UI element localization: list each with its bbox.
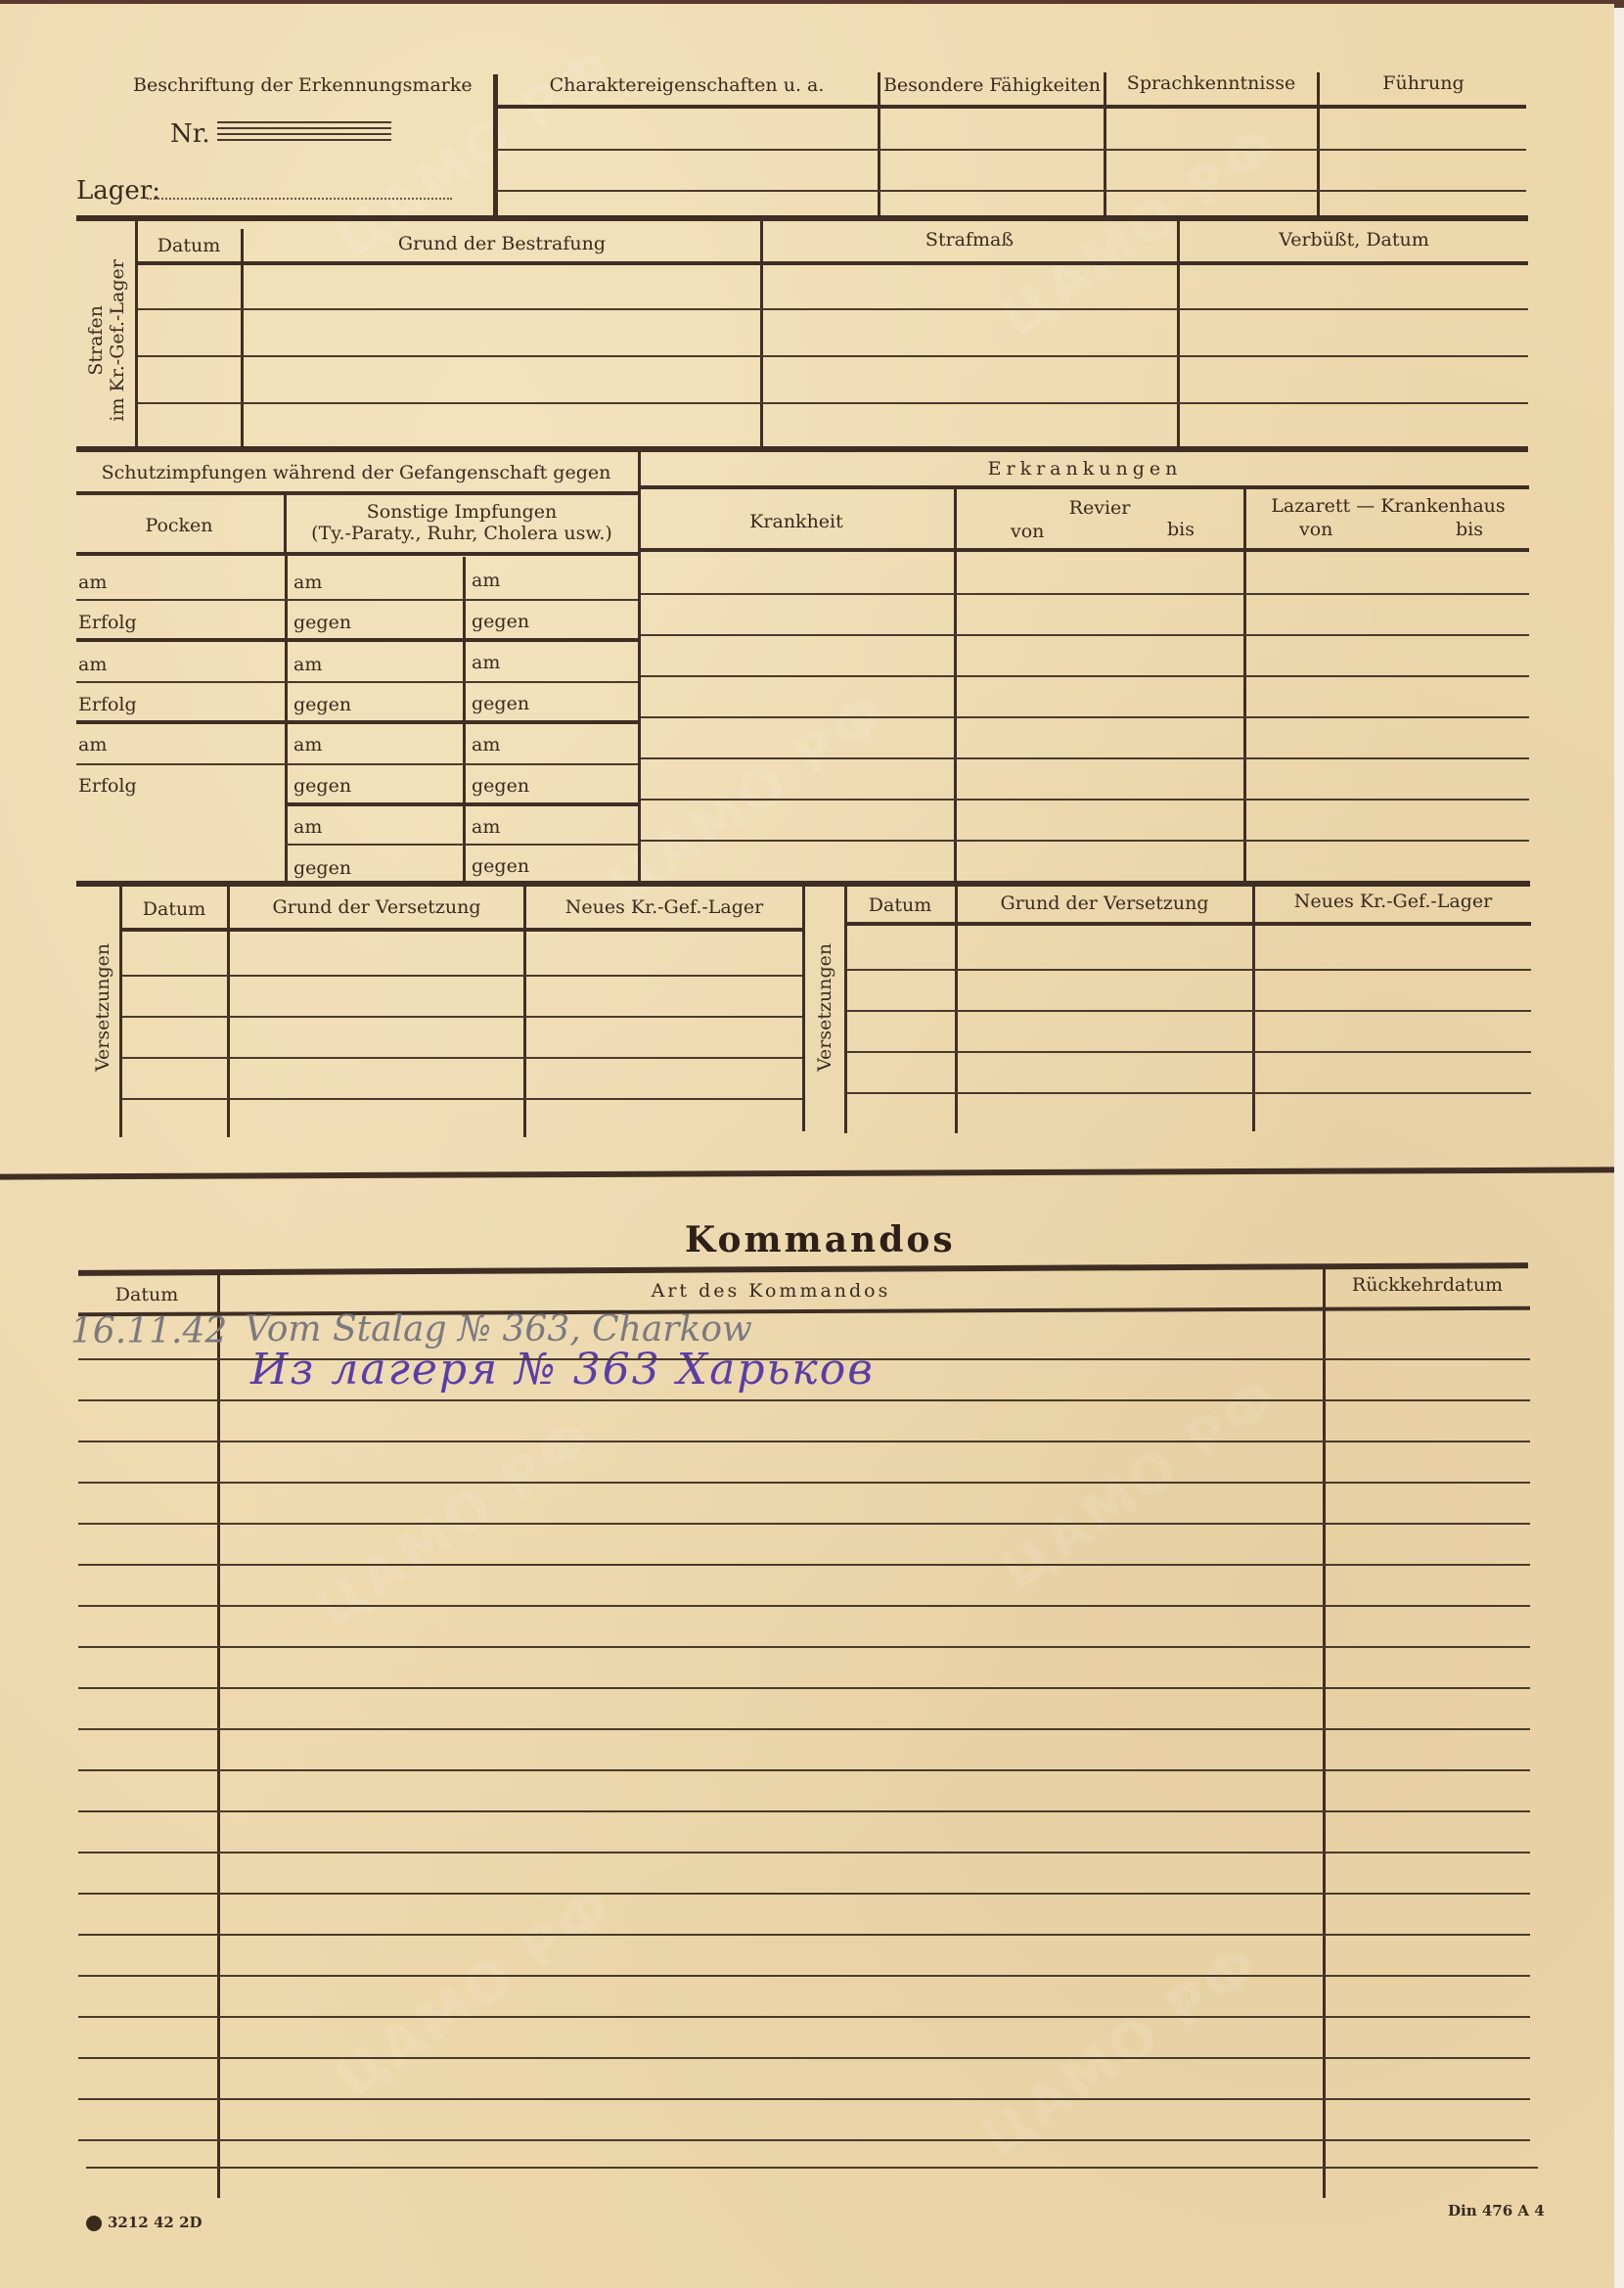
col-sonstige: Sonstige Impfungen xyxy=(288,503,636,522)
col-datum: Datum xyxy=(78,1286,215,1304)
rule xyxy=(78,2016,1530,2018)
pocken-am: am xyxy=(78,656,107,674)
rule xyxy=(496,105,1526,109)
col-sonstige-sub: (Ty.-Paraty., Ruhr, Cholera usw.) xyxy=(288,525,636,543)
rule xyxy=(846,969,1531,971)
rule xyxy=(138,261,1528,265)
sonstige-gegen: gegen xyxy=(293,859,351,878)
rule xyxy=(121,1098,802,1100)
rule xyxy=(78,1769,1530,1771)
versetzungen-side-label-left: Versetzungen xyxy=(93,954,114,1072)
rule xyxy=(641,593,1529,595)
lazarett-von: von xyxy=(1299,521,1332,539)
rule xyxy=(76,491,638,495)
divider xyxy=(493,74,498,217)
sonstige-am: am xyxy=(472,736,500,755)
document-page: ЦАМО РФ ЦАМО РФ ЦАМО РФ ЦАМО РФ ЦАМО РФ … xyxy=(0,4,1614,2288)
rule xyxy=(76,763,638,765)
rule xyxy=(641,634,1529,636)
rule xyxy=(78,2098,1530,2100)
sonstige-am: am xyxy=(293,818,322,837)
rule xyxy=(76,446,1528,452)
sonstige-am: am xyxy=(472,572,500,590)
rule xyxy=(846,1051,1531,1053)
rule xyxy=(121,975,802,977)
sonstige-gegen: gegen xyxy=(293,696,351,714)
din-format: Din 476 A 4 xyxy=(1448,2204,1545,2219)
rule xyxy=(76,720,638,724)
rule xyxy=(86,2167,1538,2169)
rule xyxy=(641,840,1529,842)
rule xyxy=(121,1057,802,1059)
pocken-am: am xyxy=(78,736,107,755)
rule xyxy=(78,1523,1530,1525)
pocken-erfolg: Erfolg xyxy=(78,696,137,714)
rule xyxy=(846,922,1531,926)
rule xyxy=(78,1934,1530,1936)
col-datum: Datum xyxy=(138,237,240,255)
lager-field[interactable] xyxy=(147,198,452,200)
pocken-erfolg: Erfolg xyxy=(78,777,137,796)
rule xyxy=(78,1482,1530,1484)
divider xyxy=(284,493,287,554)
col-datum: Datum xyxy=(123,900,225,919)
sonstige-gegen: gegen xyxy=(472,695,529,713)
watermark: ЦАМО РФ xyxy=(970,1933,1272,2170)
col-rueckkehrdatum: Rückkehrdatum xyxy=(1327,1276,1528,1295)
watermark: ЦАМО РФ xyxy=(325,1874,626,2111)
col-neues-lager: Neues Kr.-Gef.-Lager xyxy=(1256,892,1530,911)
revier-von: von xyxy=(1011,523,1044,541)
divider xyxy=(760,221,763,448)
rule xyxy=(285,802,638,806)
rule xyxy=(78,1975,1530,1977)
sonstige-gegen: gegen xyxy=(293,777,351,796)
rule xyxy=(78,1852,1530,1853)
divider xyxy=(1104,72,1106,217)
divider xyxy=(1317,72,1320,217)
rule xyxy=(76,638,638,642)
sonstige-am: am xyxy=(293,656,322,674)
rule xyxy=(138,308,1528,310)
rule xyxy=(138,402,1528,404)
fold-rule xyxy=(0,1167,1614,1179)
col-charaktereigenschaften: Charaktereigenschaften u. a. xyxy=(497,76,877,95)
rule xyxy=(78,1646,1530,1648)
revier-bis: bis xyxy=(1167,521,1195,539)
rule xyxy=(846,1010,1531,1012)
divider xyxy=(217,1274,220,2198)
erkennungsmarke-label: Beschriftung der Erkennungsmarke xyxy=(133,76,473,95)
divider xyxy=(1177,221,1180,448)
col-besondere-faehigkeiten: Besondere Fähigkeiten xyxy=(880,76,1104,95)
rule xyxy=(641,757,1529,759)
rule xyxy=(641,675,1529,677)
sonstige-gegen: gegen xyxy=(472,777,529,796)
sonstige-am: am xyxy=(293,736,322,755)
rule xyxy=(641,485,1529,489)
sonstige-gegen: gegen xyxy=(293,614,351,632)
rule xyxy=(846,1092,1531,1094)
rule xyxy=(78,1441,1530,1442)
sonstige-gegen: gegen xyxy=(472,857,529,876)
col-grund-der-bestrafung: Grund der Bestrafung xyxy=(245,235,759,253)
rule xyxy=(76,552,638,556)
col-neues-lager: Neues Kr.-Gef.-Lager xyxy=(528,898,800,917)
rule xyxy=(76,599,638,601)
rule xyxy=(138,355,1528,357)
pocken-am: am xyxy=(78,573,107,592)
divider xyxy=(1243,487,1246,883)
entry-art-pencil: Vom Stalag № 363, Charkow xyxy=(245,1309,752,1350)
rule xyxy=(78,1262,1528,1276)
rule xyxy=(78,1399,1530,1401)
col-sprachkenntnisse: Sprachkenntnisse xyxy=(1106,74,1316,93)
rule xyxy=(496,149,1526,151)
erkrankungen-title: Erkrankungen xyxy=(641,460,1529,479)
sonstige-am: am xyxy=(293,573,322,592)
rule xyxy=(641,548,1529,552)
rule xyxy=(78,1893,1530,1895)
divider xyxy=(802,887,805,1131)
print-code: 3212 42 2D xyxy=(86,2216,203,2231)
col-strafmass: Strafmaß xyxy=(763,231,1176,250)
divider xyxy=(954,487,957,883)
sonstige-am: am xyxy=(472,818,500,837)
col-datum: Datum xyxy=(847,896,953,915)
rule xyxy=(121,1016,802,1018)
rule xyxy=(78,1564,1530,1566)
nr-label: Nr. xyxy=(170,121,210,147)
col-revier: Revier xyxy=(957,499,1242,518)
col-art-des-kommandos: Art des Kommandos xyxy=(221,1282,1321,1301)
lager-label: Lager: xyxy=(76,178,160,204)
rule xyxy=(76,681,638,683)
strafen-side-label: Strafen im Kr.-Gef.-Lager xyxy=(86,252,129,429)
rule xyxy=(496,190,1526,192)
lazarett-bis: bis xyxy=(1456,521,1483,539)
col-krankheit: Krankheit xyxy=(641,513,952,531)
rule xyxy=(78,1687,1530,1689)
col-verbuesst-datum: Verbüßt, Datum xyxy=(1180,231,1528,250)
divider xyxy=(285,554,288,883)
rule xyxy=(641,716,1529,718)
col-grund-der-versetzung: Grund der Versetzung xyxy=(231,898,522,917)
versetzungen-side-label-right: Versetzungen xyxy=(815,954,836,1072)
rule xyxy=(76,215,1528,221)
rule xyxy=(78,1605,1530,1607)
sonstige-gegen: gegen xyxy=(472,613,529,631)
sonstige-am: am xyxy=(472,654,500,672)
kommandos-title: Kommandos xyxy=(685,1219,956,1260)
printer-emblem-icon xyxy=(86,2216,102,2231)
entry-datum: 16.11.42 xyxy=(70,1311,227,1351)
rule xyxy=(78,1358,1530,1360)
nr-field[interactable] xyxy=(217,121,391,145)
col-grund-der-versetzung: Grund der Versetzung xyxy=(959,894,1250,913)
col-lazarett: Lazarett — Krankenhaus xyxy=(1247,497,1529,516)
rule xyxy=(121,928,802,932)
col-pocken: Pocken xyxy=(76,517,282,535)
rule xyxy=(78,1810,1530,1812)
entry-art-ink: Из лагеря № 363 Харьков xyxy=(250,1345,875,1395)
rule xyxy=(78,2057,1530,2059)
rule xyxy=(641,799,1529,801)
rule xyxy=(285,844,638,846)
col-fuehrung: Führung xyxy=(1321,74,1526,93)
pocken-erfolg: Erfolg xyxy=(78,614,137,632)
rule xyxy=(78,2139,1530,2141)
impfungen-title: Schutzimpfungen während der Gefangenscha… xyxy=(76,464,636,482)
rule xyxy=(78,1728,1530,1730)
